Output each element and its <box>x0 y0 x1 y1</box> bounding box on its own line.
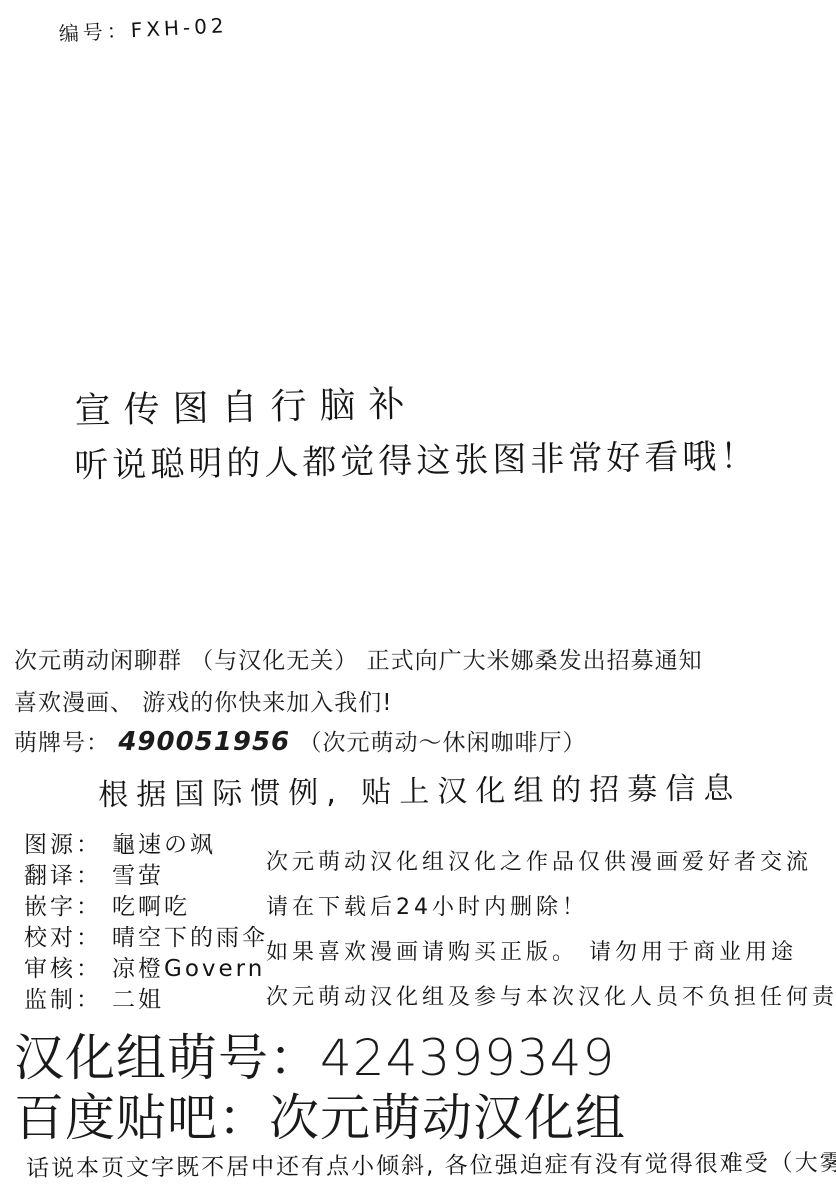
promo-note-line1: 宣传图自行脑补 <box>74 376 418 434</box>
disclaimer-block: 次元萌动汉化组汉化之作品仅供漫画爱好者交流 请在下载后24小时内删除！ 如果喜欢… <box>266 840 836 1020</box>
credit-name: 晴空下的雨伞 <box>112 925 268 951</box>
credit-name: 二姐 <box>112 987 164 1013</box>
chat-group-number: 490051956 <box>118 727 290 757</box>
promo-note-line2: 听说聪明的人都觉得这张图非常好看哦！ <box>74 428 759 487</box>
chat-group-line: 萌牌号： 490051956 （次元萌动～休闲咖啡厅） <box>14 724 586 757</box>
credit-row-proofreader: 校对：晴空下的雨伞 <box>24 923 268 954</box>
credit-row-reviewer: 审核：凉橙Govern <box>24 954 268 985</box>
credit-name: 凉橙Govern <box>112 956 265 982</box>
convention-line: 根据国际惯例, 贴上汉化组的招募信息 <box>98 763 742 814</box>
disclaimer-line: 如果喜欢漫画请购买正版。 请勿用于商业用途 <box>266 930 836 975</box>
credit-role: 翻译： <box>24 861 112 892</box>
credit-role: 审核： <box>24 954 112 985</box>
chat-group-note: （次元萌动～休闲咖啡厅） <box>298 730 586 756</box>
credit-name: 龜速の飒 <box>112 832 216 858</box>
serial-number: 编号：FXH-02 <box>58 9 228 47</box>
credit-name: 吃啊吃 <box>112 894 190 920</box>
credits-list: 图源：龜速の飒 翻译：雪萤 嵌字：吃啊吃 校对：晴空下的雨伞 审核：凉橙Gove… <box>24 830 268 1016</box>
disclaimer-line: 请在下载后24小时内删除！ <box>266 885 836 930</box>
credit-role: 嵌字： <box>24 892 112 923</box>
credit-row-supervisor: 监制：二姐 <box>24 985 268 1016</box>
credit-role: 监制： <box>24 985 112 1016</box>
disclaimer-line: 次元萌动汉化组及参与本次汉化人员不负担任何责任 <box>266 975 836 1020</box>
footnote-line: 话说本页文字既不居中还有点小倾斜, 各位强迫症有没有觉得很难受（大雾） <box>26 1144 836 1183</box>
credit-role: 图源： <box>24 830 112 861</box>
credit-name: 雪萤 <box>112 863 164 889</box>
credit-row-source: 图源：龜速の飒 <box>24 830 268 861</box>
credit-row-translator: 翻译：雪萤 <box>24 861 268 892</box>
credit-row-typesetter: 嵌字：吃啊吃 <box>24 892 268 923</box>
credit-role: 校对： <box>24 923 112 954</box>
chat-group-label: 萌牌号： <box>14 730 110 756</box>
baidu-tieba-line: 百度贴吧：次元萌动汉化组 <box>14 1078 626 1150</box>
disclaimer-line: 次元萌动汉化组汉化之作品仅供漫画爱好者交流 <box>266 840 836 885</box>
recruit-announcement-line1: 次元萌动闲聊群 （与汉化无关） 正式向广大米娜桑发出招募通知 <box>14 642 703 675</box>
recruit-announcement-line2: 喜欢漫画、 游戏的你快来加入我们! <box>14 684 393 717</box>
